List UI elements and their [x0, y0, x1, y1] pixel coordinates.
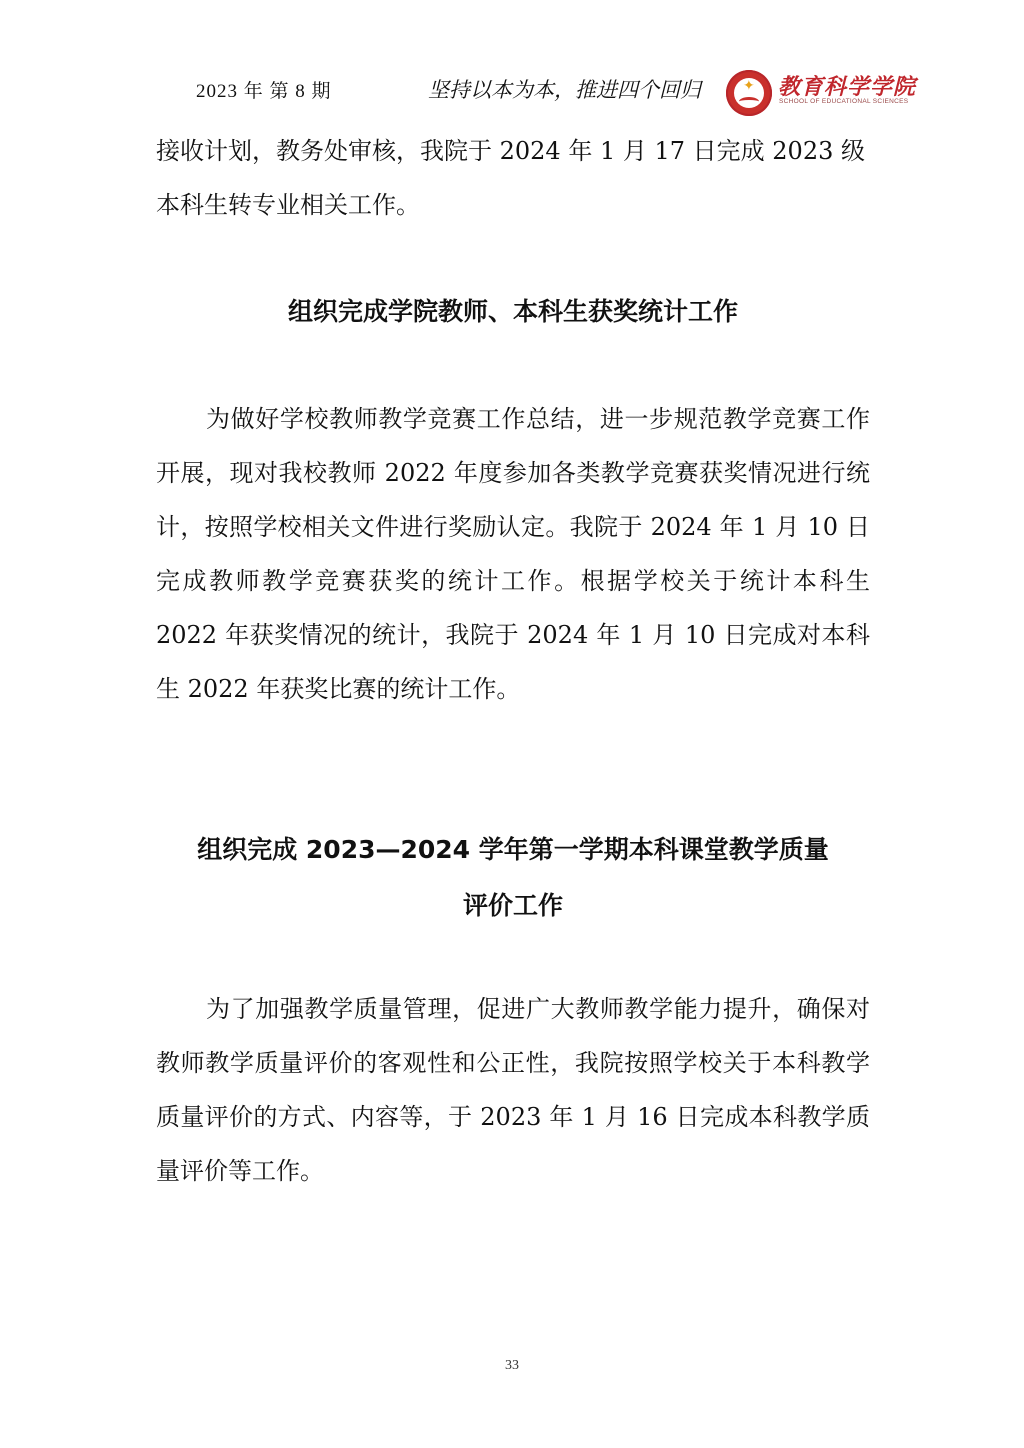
page-header: 2023 年 第 8 期 坚持以本为本，推进四个回归 ✦ 教育科学学院 SCHO… [0, 68, 1024, 118]
continuation-paragraph: 接收计划，教务处审核，我院于 2024 年 1 月 17 日完成 2023 级 … [156, 124, 870, 232]
section-heading-line1: 组织完成 2023—2024 学年第一学期本科课堂教学质量 [156, 822, 870, 878]
section-evaluation-body: 为了加强教学质量管理，促进广大教师教学能力提升，确保对教师教学质量评价的客观性和… [156, 982, 870, 1198]
section-heading-line2: 评价工作 [156, 878, 870, 934]
section-paragraph: 为了加强教学质量管理，促进广大教师教学能力提升，确保对教师教学质量评价的客观性和… [156, 982, 870, 1198]
logo-name-en: SCHOOL OF EDUCATIONAL SCIENCES [779, 98, 908, 105]
issue-label: 2023 年 第 8 期 [196, 76, 332, 103]
logo-name-cn: 教育科学学院 [778, 70, 916, 101]
text-line: 接收计划，教务处审核，我院于 2024 年 1 月 17 日完成 2023 级 [156, 124, 870, 178]
section-paragraph: 为做好学校教师教学竞赛工作总结，进一步规范教学竞赛工作开展，现对我校教师 202… [156, 392, 870, 716]
section-heading: 组织完成学院教师、本科生获奖统计工作 [156, 284, 870, 340]
section-awards-body: 为做好学校教师教学竞赛工作总结，进一步规范教学竞赛工作开展，现对我校教师 202… [156, 392, 870, 716]
section-awards: 组织完成学院教师、本科生获奖统计工作 [156, 284, 870, 340]
school-logo: ✦ 教育科学学院 SCHOOL OF EDUCATIONAL SCIENCES [726, 68, 906, 118]
page-number: 33 [0, 1358, 1024, 1374]
school-emblem-icon: ✦ [726, 70, 772, 116]
text-line: 本科生转专业相关工作。 [156, 178, 870, 232]
section-evaluation: 组织完成 2023—2024 学年第一学期本科课堂教学质量 评价工作 [156, 822, 870, 934]
slogan: 坚持以本为本，推进四个回归 [428, 74, 701, 104]
